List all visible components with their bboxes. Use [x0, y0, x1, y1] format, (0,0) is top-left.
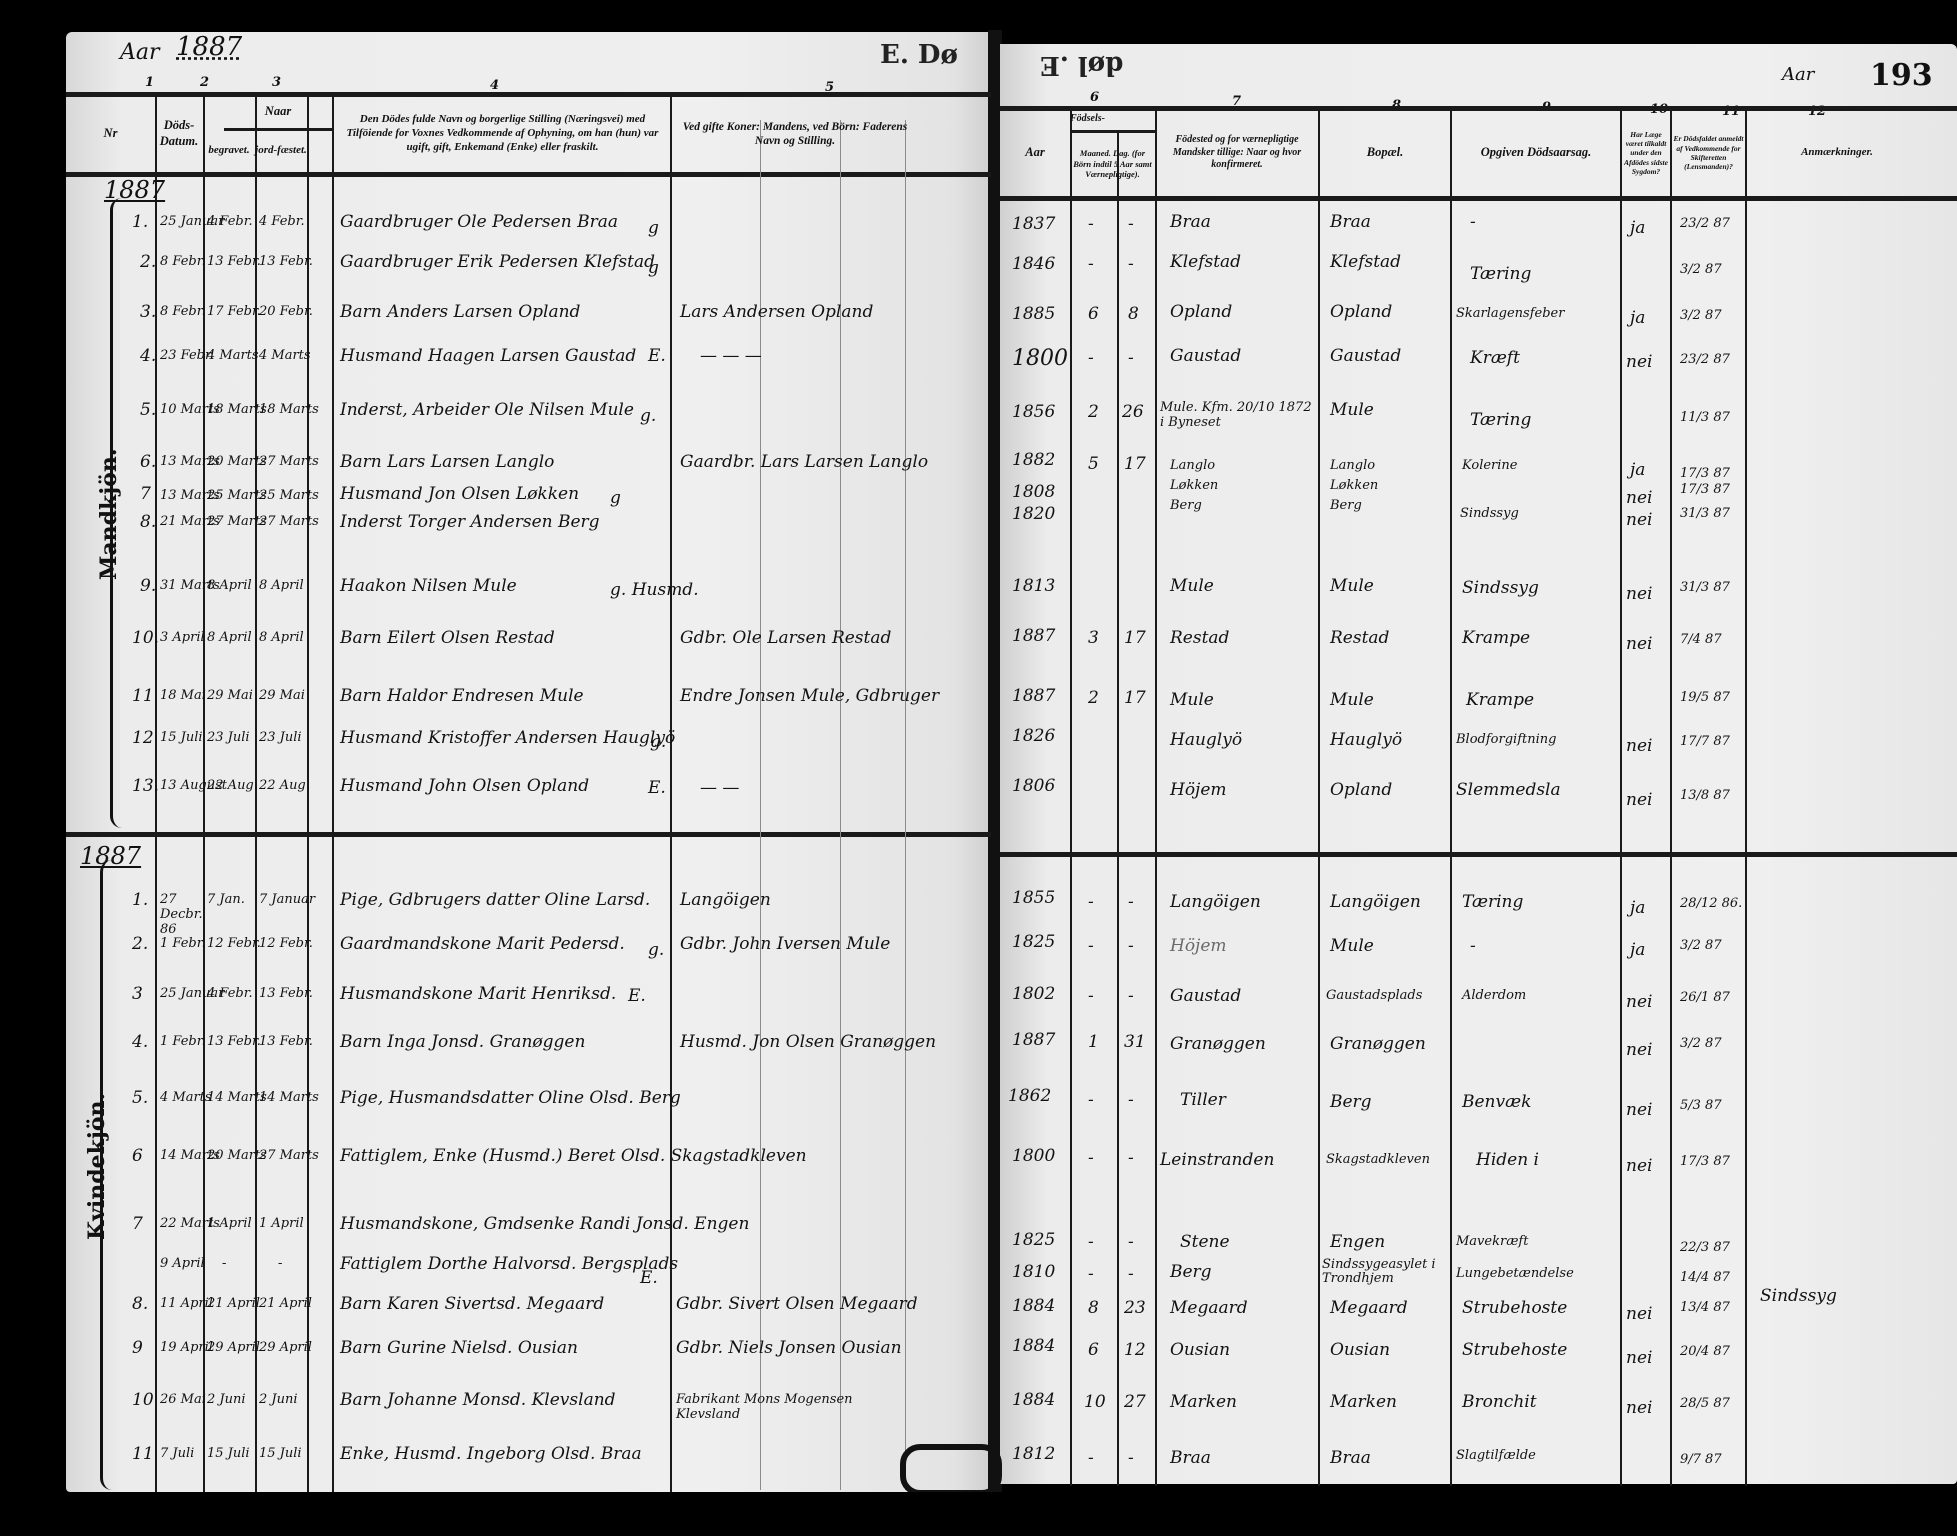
row-cause: Tæring — [1470, 410, 1531, 430]
row-birth-year: 1846 — [1012, 254, 1055, 274]
faint-rule — [760, 120, 761, 1490]
row-death-date: 3 April — [160, 630, 205, 645]
row-doctor: nei — [1626, 992, 1652, 1012]
header-buried: begravet. — [203, 130, 255, 172]
column-number: 2 — [200, 75, 209, 90]
row-residence: Langöigen — [1330, 892, 1421, 912]
row-birth-month: - — [1088, 1232, 1094, 1252]
row-doctor: nei — [1626, 352, 1652, 372]
row-interred: 27 Marts — [259, 454, 319, 469]
year-label-left: Aar — [120, 40, 160, 65]
row-buried: 1 April — [207, 1216, 252, 1231]
row-interred: 12 Febr. — [259, 936, 313, 951]
row-buried: 2 Juni — [207, 1392, 246, 1407]
row-doctor: nei — [1626, 634, 1652, 654]
row-name: Husmand Jon Olsen Løkken — [340, 484, 579, 504]
row-status: g — [648, 218, 659, 238]
row-birthplace: Langlo — [1170, 458, 1215, 473]
row-birth-day: - — [1128, 214, 1134, 234]
row-birth-year: 1837 — [1012, 214, 1055, 234]
row-interred: 29 Mai — [259, 688, 305, 703]
row-reported: 3/2 87 — [1680, 938, 1722, 953]
row-reported: 7/4 87 — [1680, 632, 1722, 647]
row-cause: Slemmedsla — [1456, 780, 1561, 800]
row-name: Fattiglem Dorthe Halvorsd. Bergsplads — [340, 1254, 678, 1274]
header-nr: Nr — [66, 96, 155, 172]
row-birth-year: 1826 — [1012, 726, 1055, 746]
row-birth-year: 1884 — [1012, 1390, 1055, 1410]
row-name: Haakon Nilsen Mule — [340, 576, 517, 596]
column-number: 1 — [145, 75, 154, 90]
row-buried: 13 Febr. — [207, 1034, 261, 1049]
row-residence: Megaard — [1330, 1298, 1408, 1318]
row-reported: 9/7 87 — [1680, 1452, 1722, 1467]
row-buried: 12 Febr. — [207, 936, 261, 951]
row-doctor: ja — [1630, 460, 1645, 480]
margin-remark: Sindssyg — [1760, 1286, 1837, 1306]
row-reported: 31/3 87 — [1680, 580, 1730, 595]
row-status: E. — [640, 1268, 658, 1288]
row-death-date: 15 Juli — [160, 730, 203, 745]
row-status: g. Husmd. — [610, 580, 699, 600]
row-residence: Marken — [1330, 1392, 1397, 1412]
row-cause: Alderdom — [1462, 988, 1526, 1003]
row-interred: 1 April — [259, 1216, 304, 1231]
row-birth-day: 26 — [1122, 402, 1144, 422]
row-death-date: 7 Juli — [160, 1446, 194, 1461]
row-interred: - — [278, 1256, 282, 1271]
row-birth-month: 2 — [1088, 402, 1099, 422]
row-birthplace: Gaustad — [1170, 346, 1241, 366]
row-nr: 3 — [132, 984, 143, 1004]
row-birth-day: - — [1128, 936, 1134, 956]
row-birthplace: Klefstad — [1170, 252, 1241, 272]
row-birth-year: 1800 — [1012, 1146, 1055, 1166]
row-residence: Gaustad — [1330, 346, 1401, 366]
row-name: Barn Eilert Olsen Restad — [340, 628, 555, 648]
header-remarks: Anmærkninger. — [1747, 110, 1927, 196]
row-nr: 7 — [140, 484, 151, 504]
row-residence: Berg — [1330, 498, 1362, 513]
row-interred: 8 April — [259, 630, 304, 645]
row-nr: 11 — [132, 1444, 154, 1464]
row-birthplace: Granøggen — [1170, 1034, 1266, 1054]
row-birth-day: - — [1128, 1264, 1134, 1284]
row-reported: 17/3 87 — [1680, 466, 1730, 481]
row-birthplace: Tiller — [1180, 1090, 1226, 1110]
row-buried: 27 Marts — [207, 514, 267, 529]
row-birth-month: 6 — [1088, 1340, 1099, 1360]
row-birthplace: Berg — [1170, 498, 1202, 513]
row-name: Gaardbruger Erik Pedersen Klefstad — [340, 252, 655, 272]
row-interred: 14 Marts — [259, 1090, 319, 1105]
row-father: Langöigen — [680, 890, 771, 910]
row-buried: 29 April — [207, 1340, 260, 1355]
row-death-date: 9 April — [160, 1256, 205, 1271]
row-status: g — [610, 488, 621, 508]
row-birth-day: 17 — [1124, 688, 1146, 708]
row-cause: Lungebetændelse — [1456, 1266, 1574, 1281]
bottom-shadow — [0, 1492, 1957, 1536]
row-buried: 15 Juli — [207, 1446, 250, 1461]
row-cause: Benvæk — [1462, 1092, 1531, 1112]
row-cause: Skarlagensfeber — [1456, 306, 1564, 321]
row-name: Inderst Torger Andersen Berg — [340, 512, 600, 532]
row-name: Husmand John Olsen Opland — [340, 776, 589, 796]
row-reported: 14/4 87 — [1680, 1270, 1730, 1285]
row-nr: 7 — [132, 1214, 143, 1234]
row-interred: 7 Januar — [259, 892, 315, 907]
row-reported: 13/4 87 — [1680, 1300, 1730, 1315]
row-birth-year: 1825 — [1012, 932, 1055, 952]
row-name: Barn Haldor Endresen Mule — [340, 686, 584, 706]
page-number: 193 — [1870, 58, 1933, 93]
row-residence: Granøggen — [1330, 1034, 1426, 1054]
row-interred: 18 Marts — [259, 402, 319, 417]
row-birth-year: 1810 — [1012, 1262, 1055, 1282]
row-buried: 4 Febr. — [207, 986, 253, 1001]
row-birthplace: Ousian — [1170, 1340, 1230, 1360]
row-buried: 7 Jan. — [207, 892, 245, 907]
row-interred: 21 April — [259, 1296, 312, 1311]
row-name: Husmand Kristoffer Andersen Hauglyö — [340, 728, 675, 748]
row-name: Gaardbruger Ole Pedersen Braa — [340, 212, 618, 232]
row-buried: 8 April — [207, 578, 252, 593]
row-interred: 23 Juli — [259, 730, 302, 745]
row-buried: 18 Marts — [207, 402, 267, 417]
row-death-date: 1 Febr. — [160, 1034, 206, 1049]
section-year-female: 1887 — [80, 842, 141, 870]
col-rule — [332, 92, 334, 1492]
row-reported: 28/5 87 — [1680, 1396, 1730, 1411]
row-death-date: 8 Febr. — [160, 304, 206, 319]
row-name: Husmandskone Marit Henriksd. — [340, 984, 616, 1004]
row-birth-year: 1887 — [1012, 1030, 1055, 1050]
faint-rule — [905, 120, 906, 1490]
header-birth-month-day: Maaned. Dag. (for Börn indtil 5 Aar samt… — [1070, 132, 1155, 196]
row-birthplace: Megaard — [1170, 1298, 1248, 1318]
row-name: Barn Anders Larsen Opland — [340, 302, 580, 322]
row-residence: Skagstadkleven — [1326, 1152, 1430, 1167]
row-nr: 5. — [132, 1088, 148, 1108]
col-rule — [1318, 106, 1320, 1486]
row-birthplace: Restad — [1170, 628, 1229, 648]
row-residence: Hauglyö — [1330, 730, 1402, 750]
row-reported: 23/2 87 — [1680, 216, 1730, 231]
header-cause: Opgiven Dödsaarsag. — [1452, 110, 1620, 196]
row-birth-year: 1813 — [1012, 576, 1055, 596]
row-birth-day: 23 — [1124, 1298, 1146, 1318]
row-interred: 29 April — [259, 1340, 312, 1355]
row-nr: 4. — [132, 1032, 148, 1052]
row-status: E. — [648, 778, 666, 798]
row-interred: 13 Febr. — [259, 986, 313, 1001]
year-label-right: Aar — [1782, 64, 1814, 85]
row-reported: 17/3 87 — [1680, 1154, 1730, 1169]
row-death-date: 18 Mai — [160, 688, 206, 703]
row-death-date: 1 Febr. — [160, 936, 206, 951]
row-residence: Restad — [1330, 628, 1389, 648]
row-interred: 22 Aug. — [259, 778, 310, 793]
row-birth-day: 12 — [1124, 1340, 1146, 1360]
row-residence: Løkken — [1330, 478, 1378, 493]
row-name: Pige, Gdbrugers datter Oline Larsd. — [340, 890, 650, 910]
col-rule — [1620, 106, 1622, 1486]
row-birth-day: 27 — [1124, 1392, 1146, 1412]
row-birth-year: 1887 — [1012, 626, 1055, 646]
row-father: Gdbr. John Iversen Mule — [680, 934, 890, 954]
row-interred: 4 Marts — [259, 348, 311, 363]
row-name: Barn Lars Larsen Langlo — [340, 452, 554, 472]
column-number: 6 — [1090, 90, 1099, 105]
row-birth-year: 1884 — [1012, 1296, 1055, 1316]
row-reported: 5/3 87 — [1680, 1098, 1722, 1113]
row-cause: Krampe — [1462, 628, 1530, 648]
row-death-date: 4 Marts — [160, 1090, 212, 1105]
row-birth-month: - — [1088, 254, 1094, 274]
section-divider-right — [1000, 852, 1957, 857]
row-name: Barn Karen Sivertsd. Megaard — [340, 1294, 604, 1314]
header-birth-year: Aar — [1000, 110, 1070, 196]
faint-rule — [840, 120, 841, 1490]
row-birthplace: Stene — [1180, 1232, 1230, 1252]
row-buried: 25 Marts — [207, 488, 267, 503]
row-birth-year: 1887 — [1012, 686, 1055, 706]
row-name: Fattiglem, Enke (Husmd.) Beret Olsd. Ska… — [340, 1146, 807, 1166]
row-father: Gdbr. Niels Jonsen Ousian — [676, 1338, 902, 1358]
row-reported: 23/2 87 — [1680, 352, 1730, 367]
row-nr: 6 — [132, 1146, 143, 1166]
row-interred: 25 Marts — [259, 488, 319, 503]
row-death-date: 23 Febr. — [160, 348, 214, 363]
row-birthplace: Mule. Kfm. 20/10 1872 i Byneset — [1160, 400, 1316, 430]
row-nr: 11 — [132, 686, 154, 706]
row-birth-month: - — [1088, 1148, 1094, 1168]
row-doctor: ja — [1630, 218, 1645, 238]
row-reported: 26/1 87 — [1680, 990, 1730, 1005]
row-cause: Strubehoste — [1462, 1298, 1567, 1318]
row-doctor: nei — [1626, 1348, 1652, 1368]
row-birthplace: Berg — [1170, 1262, 1212, 1282]
row-cause: - — [1470, 936, 1476, 956]
row-cause: - — [1470, 212, 1476, 232]
row-interred: 15 Juli — [259, 1446, 302, 1461]
col-rule — [1670, 106, 1672, 1486]
row-reported: 17/3 87 — [1680, 482, 1730, 497]
row-name: Barn Inga Jonsd. Granøggen — [340, 1032, 585, 1052]
header-doctor: Har Læge været tilkaldt under den Afdöde… — [1622, 110, 1670, 196]
row-birthplace: Mule — [1170, 690, 1214, 710]
row-birth-day: 17 — [1124, 454, 1146, 474]
row-death-date: 27 Decbr. 86 — [160, 892, 204, 937]
row-cause: Bronchit — [1462, 1392, 1537, 1412]
row-cause: Slagtilfælde — [1456, 1448, 1536, 1463]
row-cause: Blodforgiftning — [1456, 732, 1556, 747]
row-death-date: 26 Mai — [160, 1392, 206, 1407]
row-interred: 13 Febr. — [259, 254, 313, 269]
row-reported: 31/3 87 — [1680, 506, 1730, 521]
row-buried: 13 Febr. — [207, 254, 261, 269]
row-cause: Kolerine — [1462, 458, 1517, 473]
row-cause: Kræft — [1470, 348, 1520, 368]
row-doctor: ja — [1630, 308, 1645, 328]
col-rule — [1155, 106, 1157, 1486]
row-birth-month: - — [1088, 1448, 1094, 1468]
row-birthplace: Mule — [1170, 576, 1214, 596]
year-value: 1887 — [176, 32, 242, 62]
row-birthplace: Höjem — [1170, 780, 1227, 800]
row-doctor: nei — [1626, 1040, 1652, 1060]
header-interred: jord-fæstet. — [255, 130, 307, 172]
row-nr: 5. — [140, 400, 156, 420]
row-interred: 2 Juni — [259, 1392, 298, 1407]
row-nr: 10. — [132, 628, 159, 648]
row-reported: 20/4 87 — [1680, 1344, 1730, 1359]
row-birthplace: Höjem — [1170, 936, 1227, 956]
row-birthplace: Hauglyö — [1170, 730, 1242, 750]
row-birth-day: - — [1128, 1448, 1134, 1468]
row-buried: 22 Aug. — [207, 778, 258, 793]
row-name: Barn Gurine Nielsd. Ousian — [340, 1338, 578, 1358]
row-buried: 4 Febr. — [207, 214, 253, 229]
row-buried: 20 Marts — [207, 1148, 267, 1163]
row-interred: 20 Febr. — [259, 304, 313, 319]
row-cause: Strubehoste — [1462, 1340, 1567, 1360]
row-birth-month: - — [1088, 348, 1094, 368]
row-status: g. — [650, 732, 666, 752]
row-father: — — — [700, 778, 739, 798]
row-interred: 27 Marts — [259, 514, 319, 529]
row-buried: - — [222, 1256, 226, 1271]
row-birthplace: Løkken — [1170, 478, 1218, 493]
section-stamp-right: døl .E — [1040, 50, 1123, 80]
header-spouse-father: Ved gifte Koner: Mandens, ved Börn: Fade… — [675, 96, 915, 172]
row-birth-day: 17 — [1124, 628, 1146, 648]
col-rule — [1070, 106, 1072, 1486]
row-doctor: ja — [1630, 898, 1645, 918]
row-residence: Braa — [1330, 212, 1371, 232]
row-birth-year: 1885 — [1012, 304, 1055, 324]
col-rule — [1117, 130, 1119, 1486]
row-doctor: nei — [1626, 1398, 1652, 1418]
row-birthplace: Braa — [1170, 1448, 1211, 1468]
row-nr: 12 — [132, 728, 154, 748]
row-birth-year: 1812 — [1012, 1444, 1055, 1464]
row-doctor: ja — [1630, 940, 1645, 960]
row-birth-year: 1882 — [1012, 450, 1055, 470]
row-name: Inderst, Arbeider Ole Nilsen Mule — [340, 400, 634, 420]
row-father: Lars Andersen Opland — [680, 302, 873, 322]
header-birthplace: Födested og for værnepligtige Mandsker t… — [1157, 110, 1317, 196]
row-birth-year: 1820 — [1012, 504, 1055, 524]
row-name: Pige, Husmandsdatter Oline Olsd. Berg — [340, 1088, 681, 1108]
row-reported: 28/12 86. — [1680, 896, 1742, 911]
row-birth-day: 8 — [1128, 304, 1139, 324]
row-residence: Langlo — [1330, 458, 1375, 473]
col-rule — [1450, 106, 1452, 1486]
row-birth-day: 31 — [1124, 1032, 1146, 1052]
row-birth-month: - — [1088, 936, 1094, 956]
row-status: E. — [628, 986, 646, 1006]
row-doctor: nei — [1626, 1304, 1652, 1324]
section-stamp-left: E. Dø — [880, 40, 958, 70]
row-birth-day: - — [1128, 348, 1134, 368]
row-buried: 8 April — [207, 630, 252, 645]
row-reported: 3/2 87 — [1680, 1036, 1722, 1051]
section-label-female: Kvindekjön. — [84, 1093, 110, 1240]
row-birth-month: 8 — [1088, 1298, 1099, 1318]
row-father: Endre Jonsen Mule, Gdbruger — [680, 686, 939, 706]
row-birth-month: - — [1088, 1090, 1094, 1110]
row-status: E. — [648, 346, 666, 366]
row-nr: 2. — [132, 934, 148, 954]
row-birth-year: 1802 — [1012, 984, 1055, 1004]
row-reported: 3/2 87 — [1680, 262, 1722, 277]
row-birth-day: - — [1128, 254, 1134, 274]
row-birth-month: 5 — [1088, 454, 1099, 474]
row-birth-day: - — [1128, 986, 1134, 1006]
row-doctor: nei — [1626, 510, 1652, 530]
column-number: 4 — [490, 78, 499, 93]
row-birth-month: - — [1088, 214, 1094, 234]
row-birthplace: Marken — [1170, 1392, 1237, 1412]
row-residence: Klefstad — [1330, 252, 1401, 272]
row-nr: 1. — [132, 890, 148, 910]
row-residence: Gaustadsplads — [1326, 988, 1422, 1003]
row-doctor: nei — [1626, 488, 1652, 508]
row-reported: 17/7 87 — [1680, 734, 1730, 749]
row-birth-year: 1806 — [1012, 776, 1055, 796]
row-buried: 14 Marts — [207, 1090, 267, 1105]
row-interred: 27 Marts — [259, 1148, 319, 1163]
row-residence: Opland — [1330, 302, 1392, 322]
header-birth: Födsels- — [1070, 108, 1155, 130]
row-nr: 13. — [132, 776, 159, 796]
row-status: g — [648, 258, 659, 278]
row-birthplace: Gaustad — [1170, 986, 1241, 1006]
row-birth-year: 1800 — [1012, 346, 1068, 371]
row-birthplace: Braa — [1170, 212, 1211, 232]
row-residence: Ousian — [1330, 1340, 1390, 1360]
row-birth-year: 1855 — [1012, 888, 1055, 908]
row-residence: Sindssygeasylet i Trondhjem — [1322, 1258, 1450, 1287]
row-doctor: nei — [1626, 790, 1652, 810]
row-buried: 29 Mai — [207, 688, 253, 703]
section-year-male: 1887 — [104, 176, 165, 204]
row-interred: 13 Febr. — [259, 1034, 313, 1049]
row-buried: 4 Marts — [207, 348, 259, 363]
row-birth-day: - — [1128, 892, 1134, 912]
row-reported: 3/2 87 — [1680, 308, 1722, 323]
row-residence: Mule — [1330, 936, 1374, 956]
row-name: Barn Johanne Monsd. Klevsland — [340, 1390, 616, 1410]
row-residence: Mule — [1330, 690, 1374, 710]
col-rule — [1745, 106, 1747, 1486]
row-doctor: nei — [1626, 1156, 1652, 1176]
row-interred: 4 Febr. — [259, 214, 305, 229]
row-nr: 10 — [132, 1390, 154, 1410]
row-birth-month: - — [1088, 892, 1094, 912]
row-birth-day: - — [1128, 1090, 1134, 1110]
row-nr: 9 — [132, 1338, 143, 1358]
row-nr: 8. — [140, 512, 156, 532]
header-residence: Bopæl. — [1320, 110, 1450, 196]
column-number: 3 — [272, 75, 281, 90]
row-buried: 23 Juli — [207, 730, 250, 745]
row-buried: 17 Febr. — [207, 304, 261, 319]
row-birth-year: 1862 — [1008, 1086, 1051, 1106]
row-birth-day: - — [1128, 1232, 1134, 1252]
